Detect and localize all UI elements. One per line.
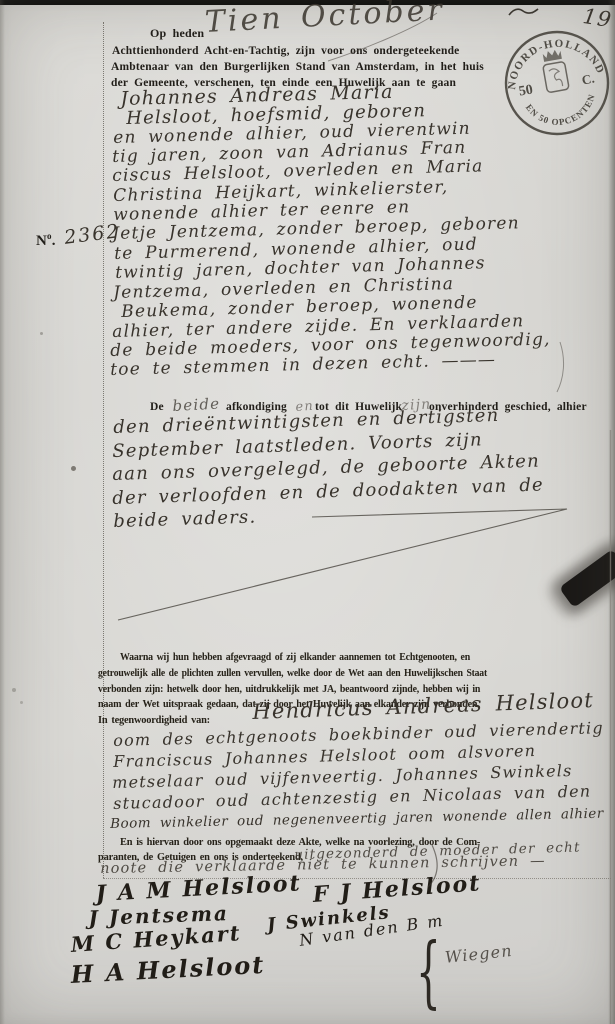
revenue-stamp: NOORD-HOLLAND EN 50 OPCENTEN 50 C.	[492, 18, 615, 148]
paper-speck	[40, 332, 43, 335]
scan-left-edge	[0, 0, 5, 1024]
stamp-arc-bottom-text: EN 50 OPCENTEN	[523, 91, 601, 133]
scan-right-edge	[608, 0, 615, 1024]
svg-text:EN 50 OPCENTEN: EN 50 OPCENTEN	[523, 91, 601, 133]
signature: H A Helsloot	[70, 950, 266, 989]
paper-speck	[12, 688, 16, 692]
shield-icon	[543, 61, 570, 92]
clerk-signature: Wiegen	[444, 941, 514, 967]
paper-speck	[71, 466, 76, 471]
printed-line: Waarna wij hun hebben afgevraagd of zij …	[120, 652, 470, 663]
stamp-currency-text: C.	[581, 71, 596, 88]
ink-blob-artifact	[559, 549, 615, 608]
printed-line: Achttienhonderd Acht-en-Tachtig, zijn vo…	[112, 45, 459, 57]
stray-flourish	[557, 342, 564, 392]
printed-in-presence: In tegenwoordigheid van:	[98, 715, 210, 726]
act-number-label: No.	[36, 231, 56, 250]
signature: F J Helsloot	[312, 870, 482, 908]
pen-squiggle-mark	[509, 9, 538, 15]
handwritten-fragment: beide	[172, 395, 221, 415]
act-number-dot: .	[52, 233, 56, 249]
printed-line: Ambtenaar van den Burgerlijken Stand van…	[111, 61, 484, 73]
lion-glyph	[549, 68, 563, 88]
paper-speck	[20, 701, 23, 704]
margin-rule-vertical	[103, 22, 104, 878]
clerk-brace: {	[416, 928, 441, 1018]
stamp-value-text: 50	[518, 82, 534, 99]
handwritten-line: beide vaders.	[113, 507, 257, 532]
printed-fragment: De	[150, 401, 164, 413]
marriage-certificate-scan: 19 NOORD-HOLLAND EN 50 OPCENTEN 50 C. No…	[0, 0, 615, 1024]
handwritten-date: Tien October	[204, 0, 446, 40]
printed-op-heden: Op heden	[150, 26, 204, 41]
act-number-n: N	[36, 233, 47, 249]
printed-line: getrouwelijk alle de plichten zullen ver…	[98, 668, 487, 679]
